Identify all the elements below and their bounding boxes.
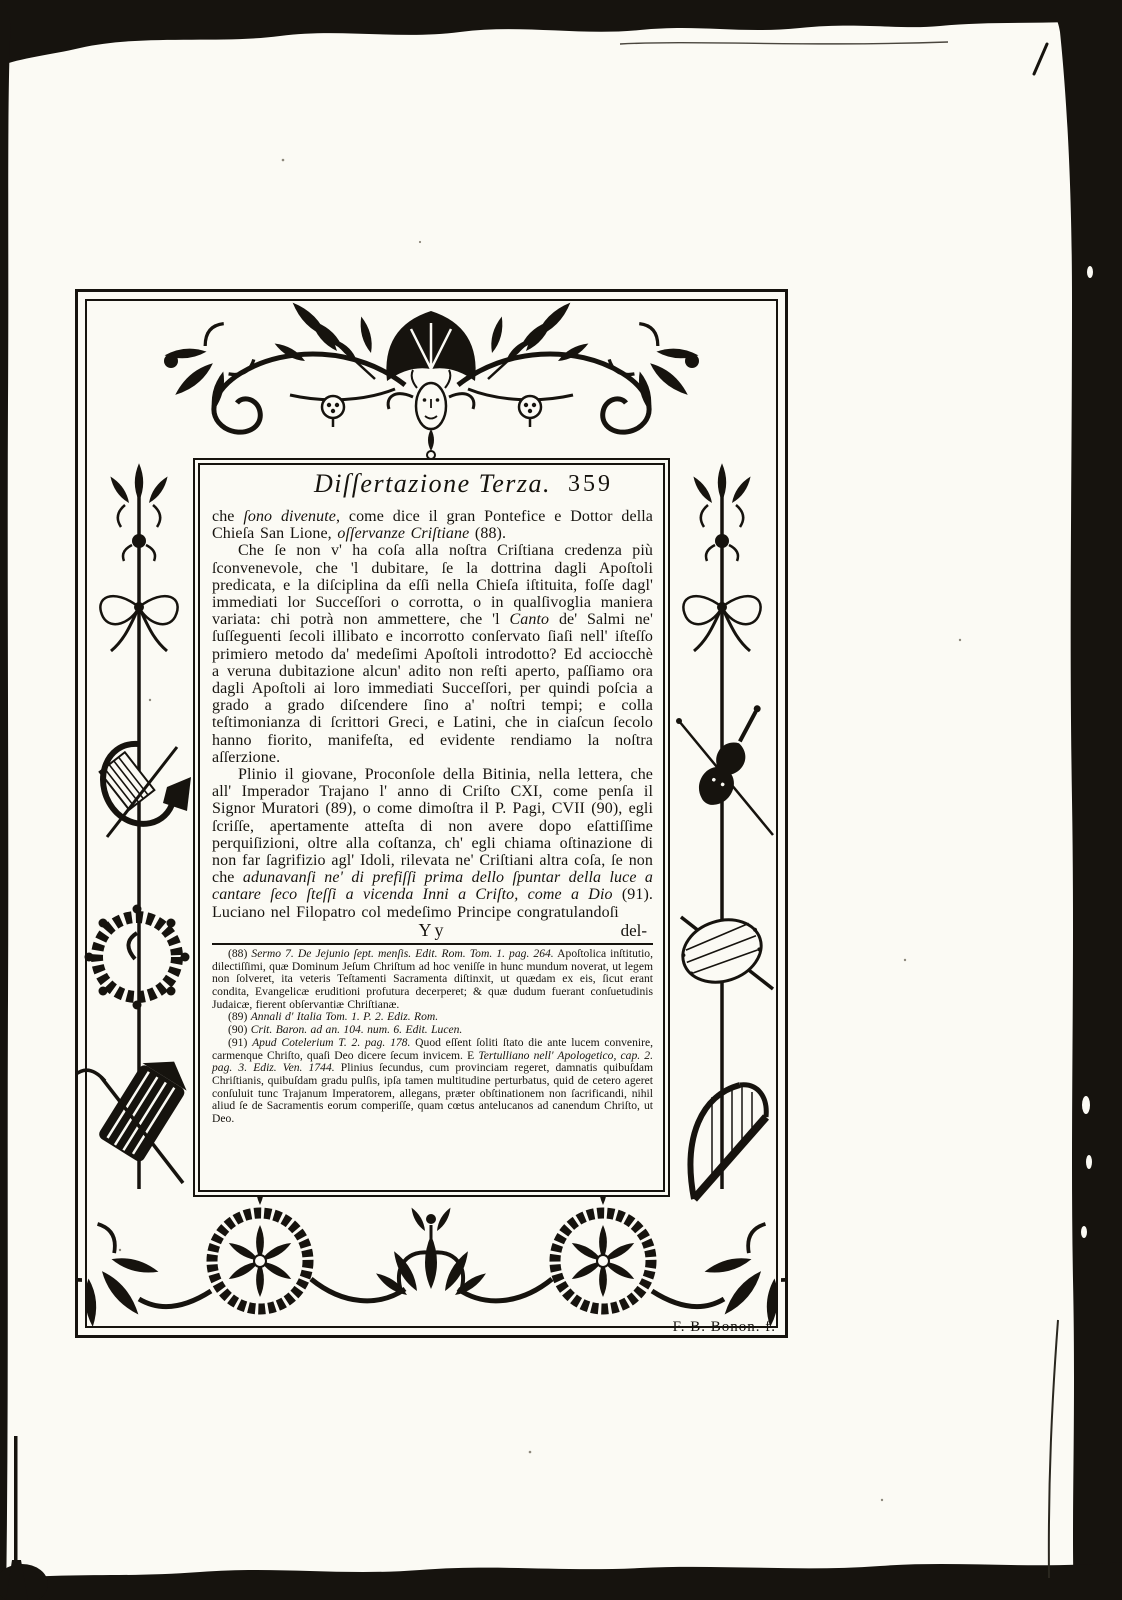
engraver-signature: F. B. Bonon. f.: [673, 1319, 776, 1336]
footnote-rule: [212, 943, 653, 945]
running-title: Diſſertazione Terza.: [314, 469, 551, 498]
right-instrument-trophy: [675, 463, 774, 1199]
quiver-of-arrows-icon: [75, 1048, 196, 1183]
scan-left-edge: [0, 0, 11, 1600]
engraved-border-frame: Diſſertazione Terza. 359 che ſono divenu…: [75, 289, 788, 1338]
catchword-row: Yy del-: [212, 921, 653, 940]
grotesque-mask-ornament: [386, 311, 475, 459]
text-block: Diſſertazione Terza. 359 che ſono divenu…: [193, 458, 670, 1197]
scan-bottom-edge: [0, 1562, 1122, 1600]
wreath-wheel-icon: [85, 905, 190, 1010]
drum-and-beater-icon: [675, 910, 773, 992]
scanned-book-page: Diſſertazione Terza. 359 che ſono divenu…: [0, 0, 1122, 1600]
hunting-horn-and-panpipes-icon: [100, 744, 191, 837]
left-hairline-crease: [14, 1436, 18, 1586]
paragraph: Che ſe non v' ha coſa alla noſtra Criſti…: [212, 542, 653, 766]
page-number: 359: [568, 471, 613, 498]
scratch-line: [620, 42, 948, 44]
footnote-88: (88) Sermo 7. De Jejunio ſept. menſis. E…: [212, 948, 653, 1012]
violin-and-bow-icon: [676, 698, 774, 835]
page-header: Diſſertazione Terza. 359: [212, 469, 653, 501]
footnotes: (88) Sermo 7. De Jejunio ſept. menſis. E…: [212, 948, 653, 1126]
paragraph: Plinio il giovane, Proconſole della Biti…: [212, 766, 653, 921]
body-text: che ſono divenute, come dice il gran Pon…: [212, 508, 653, 921]
bottom-left-ink-blob: [0, 1564, 48, 1600]
scan-right-edge: [1044, 0, 1122, 1600]
left-instrument-trophy: [75, 463, 196, 1189]
left-crease-foot: [6, 1560, 28, 1600]
slash-mark: [1034, 44, 1047, 74]
footnote-91: (91) Apud Cotelerium T. 2. pag. 178. Quo…: [212, 1037, 653, 1126]
quire-signature-mark: Yy: [212, 921, 653, 940]
top-ornament-band: [149, 299, 714, 459]
page-curl-line: [1049, 1320, 1058, 1578]
central-palmette-ornament: [374, 1206, 489, 1298]
harp-icon: [691, 1085, 767, 1199]
catchword: del-: [621, 921, 647, 940]
paragraph: che ſono divenute, come dice il gran Pon…: [212, 508, 653, 542]
scan-top-edge: [0, 0, 1122, 66]
